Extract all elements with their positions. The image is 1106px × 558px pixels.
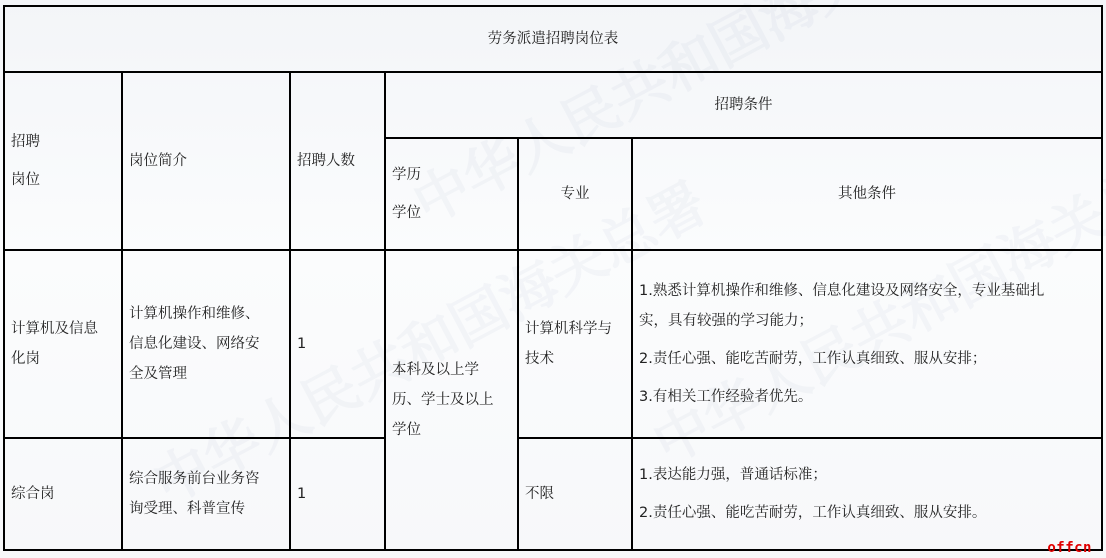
cell-other: 1.表达能力强，普通话标准； 2.责任心强、能吃苦耐劳，工作认真细致、服从安排。 xyxy=(632,438,1102,550)
header-row: 招聘 岗位 岗位简介 招聘人数 招聘条件 xyxy=(4,72,1102,138)
cell-line: 2.责任心强、能吃苦耐劳，工作认真细致、服从安排。 xyxy=(639,498,1095,528)
header-position: 招聘 岗位 xyxy=(4,72,122,250)
cell-line: 询受理、科普宣传 xyxy=(129,494,283,524)
table-row: 计算机及信息 化岗 计算机操作和维修、 信息化建设、网络安 全及管理 1 本科及… xyxy=(4,250,1102,437)
cell-line: 实，具有较强的学习能力； xyxy=(639,306,1095,336)
cell-line: 计算机科学与 xyxy=(525,314,625,344)
cell-line: 技术 xyxy=(525,344,625,374)
header-education-line: 学历 xyxy=(392,160,511,190)
cell-line: 2.责任心强、能吃苦耐劳，工作认真细致、服从安排； xyxy=(639,344,1095,374)
header-description: 岗位简介 xyxy=(122,72,290,250)
cell-description: 计算机操作和维修、 信息化建设、网络安 全及管理 xyxy=(122,250,290,437)
cell-line: 1.表达能力强，普通话标准； xyxy=(639,460,1095,490)
table-title-row: 劳务派遣招聘岗位表 xyxy=(4,6,1102,72)
header-education: 学历 学位 xyxy=(385,138,518,250)
cell-count: 1 xyxy=(290,250,385,437)
cell-line: 学位 xyxy=(392,415,511,445)
header-count: 招聘人数 xyxy=(290,72,385,250)
header-position-line: 招聘 xyxy=(11,127,115,157)
cell-position: 综合岗 xyxy=(4,438,122,550)
cell-education: 本科及以上学 历、学士及以上 学位 xyxy=(385,250,518,550)
cell-line: 化岗 xyxy=(11,344,115,374)
cell-count: 1 xyxy=(290,438,385,550)
offcn-watermark-stamp: offcn xyxy=(1047,540,1092,556)
cell-line: 3.有相关工作经验者优先。 xyxy=(639,382,1095,412)
cell-line: 历、学士及以上 xyxy=(392,385,511,415)
cell-line: 计算机及信息 xyxy=(11,314,115,344)
table-title: 劳务派遣招聘岗位表 xyxy=(4,6,1102,72)
cell-line: 综合服务前台业务咨 xyxy=(129,464,283,494)
cell-line: 本科及以上学 xyxy=(392,355,511,385)
cell-line: 信息化建设、网络安 xyxy=(129,329,283,359)
header-education-line: 学位 xyxy=(392,198,511,228)
cell-line: 计算机操作和维修、 xyxy=(129,299,283,329)
cell-other: 1.熟悉计算机操作和维修、信息化建设及网络安全，专业基础扎 实，具有较强的学习能… xyxy=(632,250,1102,437)
cell-line: 全及管理 xyxy=(129,359,283,389)
cell-line: 1.熟悉计算机操作和维修、信息化建设及网络安全，专业基础扎 xyxy=(639,276,1095,306)
header-position-line: 岗位 xyxy=(11,165,115,195)
recruitment-table: 劳务派遣招聘岗位表 招聘 岗位 岗位简介 招聘人数 招聘条件 学历 学位 专业 … xyxy=(3,5,1103,551)
header-other: 其他条件 xyxy=(632,138,1102,250)
header-major: 专业 xyxy=(518,138,632,250)
cell-position: 计算机及信息 化岗 xyxy=(4,250,122,437)
table-row: 综合岗 综合服务前台业务咨 询受理、科普宣传 1 不限 1.表达能力强，普通话标… xyxy=(4,438,1102,550)
cell-major: 不限 xyxy=(518,438,632,550)
cell-description: 综合服务前台业务咨 询受理、科普宣传 xyxy=(122,438,290,550)
header-conditions: 招聘条件 xyxy=(385,72,1102,138)
cell-major: 计算机科学与 技术 xyxy=(518,250,632,437)
